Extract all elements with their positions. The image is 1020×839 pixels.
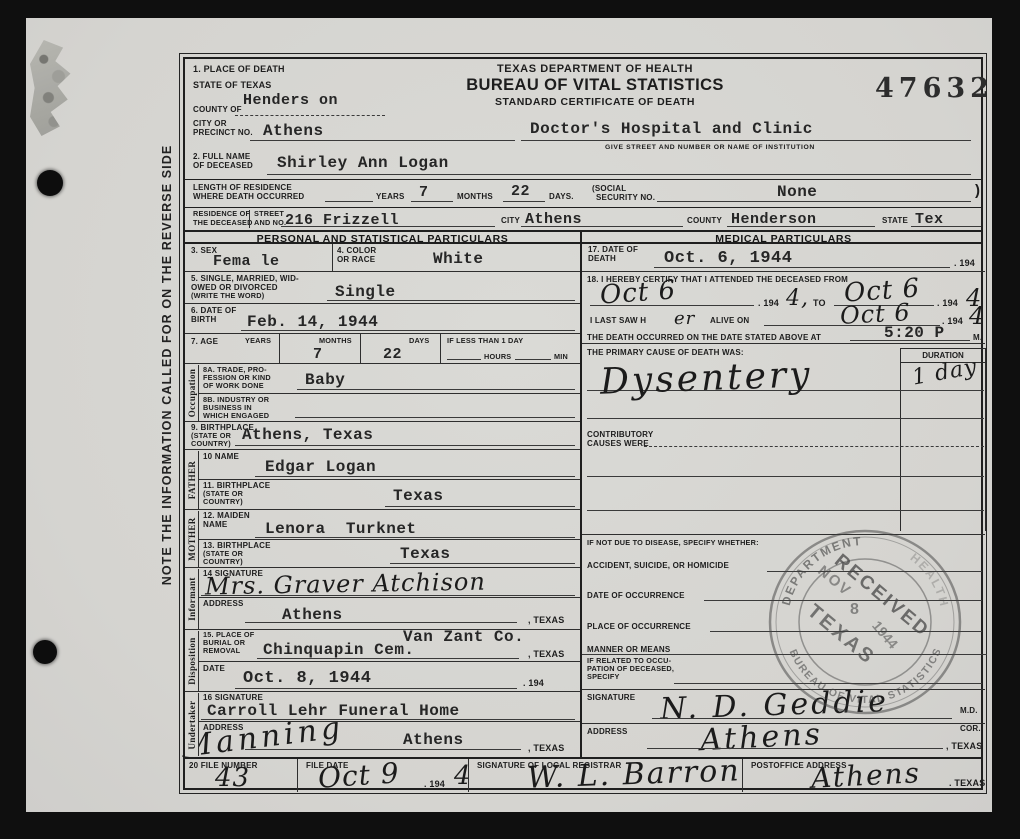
last-saw-post: ALIVE ON	[710, 316, 749, 326]
res-county-label: COUNTY	[687, 216, 722, 226]
birth-label-bottom: BIRTH	[191, 315, 216, 325]
institution-hint: GIVE STREET AND NUMBER OR NAME OF INSTIT…	[605, 144, 815, 152]
disposition-side-cell: Disposition	[185, 631, 199, 691]
burial-date-year: . 194	[523, 678, 544, 689]
received-stamp: DEPARTMENT HEALTH BUREAU OF VITAL STATIS…	[763, 524, 967, 720]
informant-side-label: Informant	[187, 577, 197, 621]
line	[411, 201, 453, 202]
occupation-side-cell: Occupation	[185, 365, 199, 421]
informant-signature-row: 14 SIGNATURE Mrs. Graver Atchison	[185, 568, 580, 598]
mother-side-cell: MOTHER	[185, 511, 199, 567]
age-days-value: 22	[383, 346, 402, 363]
stamp-graphic: DEPARTMENT HEALTH BUREAU OF VITAL STATIS…	[763, 524, 967, 720]
length-label-bottom: WHERE DEATH OCCURRED	[193, 192, 304, 202]
mother-bp-value: Texas	[400, 545, 451, 563]
birthplace-label-3: COUNTRY)	[191, 440, 231, 449]
line	[325, 201, 373, 202]
age-years-label: YEARS	[245, 337, 271, 346]
fullname-label-bottom: OF DECEASED	[193, 161, 253, 171]
maiden-name-row: 12. MAIDEN NAME Lenora Turknet	[185, 510, 580, 540]
birthplace-row: 9. BIRTHPLACE (STATE OR COUNTRY) Athens,…	[185, 422, 580, 450]
death-date-label-bottom: DEATH	[588, 254, 616, 264]
ssn-label-bottom: SECURITY NO.	[596, 193, 655, 203]
age-days-label: DAYS	[409, 337, 429, 346]
margin-note: NOTE THE INFORMATION CALLED FOR ON THE R…	[160, 145, 174, 586]
sex-value: Fema le	[213, 253, 280, 270]
line	[515, 359, 551, 360]
mother-bp-label-3: COUNTRY)	[203, 558, 243, 567]
age-label: 7. AGE	[191, 337, 218, 347]
file-number-value: 43	[215, 763, 250, 793]
color-label-bottom: OR RACE	[337, 255, 375, 265]
marital-value: Single	[335, 283, 396, 301]
informant-address-row: ADDRESS Athens , TEXAS	[185, 598, 580, 630]
section-band: PERSONAL AND STATISTICAL PARTICULARS MED…	[185, 230, 981, 244]
line	[245, 622, 517, 623]
ssn-value: None	[777, 183, 817, 201]
color-value: White	[433, 250, 484, 268]
physician-sig-label: SIGNATURE	[587, 693, 635, 703]
res-state-label: STATE	[882, 216, 908, 226]
line	[295, 417, 575, 418]
registrar-cell: SIGNATURE OF LOCAL REGISTRAR W. L. Barro…	[468, 759, 742, 792]
line	[257, 658, 519, 659]
dept-title: TEXAS DEPARTMENT OF HEALTH	[415, 63, 775, 76]
medical-section-title: MEDICAL PARTICULARS	[580, 232, 985, 242]
mother-birthplace-row: 13. BIRTHPLACE (STATE OR COUNTRY) Texas	[185, 540, 580, 568]
line	[503, 201, 545, 202]
place-occurrence-label: PLACE OF OCCURRENCE	[587, 622, 691, 632]
postoffice-suffix: . TEXAS	[949, 778, 985, 789]
line	[241, 330, 575, 331]
primary-cause-value: Dysentery	[599, 354, 813, 402]
divider	[360, 334, 361, 363]
related-label-3: SPECIFY	[587, 673, 620, 682]
certify-to-year: . 194	[937, 298, 958, 309]
registrar-signature: W. L. Barron	[526, 753, 741, 795]
line	[201, 595, 575, 596]
line	[235, 445, 575, 446]
hole-punch-bottom	[33, 640, 57, 664]
burial-value: Chinquapin Cem.	[263, 641, 415, 659]
age-months-label: MONTHS	[319, 337, 352, 346]
marital-row: 5. SINGLE, MARRIED, WID- OWED OR DIVORCE…	[185, 272, 580, 304]
primary-cause-label: THE PRIMARY CAUSE OF DEATH WAS:	[587, 348, 744, 358]
if-not-due-label: IF NOT DUE TO DISEASE, SPECIFY WHETHER:	[587, 539, 759, 548]
months-value: 22	[511, 183, 530, 200]
accident-label: ACCIDENT, SUICIDE, OR HOMICIDE	[587, 561, 729, 571]
age-min-label: MIN	[554, 353, 568, 362]
certify-from-year-hw: 4,	[786, 286, 809, 311]
maiden-label-bottom: NAME	[203, 520, 227, 530]
marital-label-3: (WRITE THE WORD)	[191, 292, 264, 301]
undertaker-signature-row: 16 SIGNATURE Carroll Lehr Funeral Home	[185, 692, 580, 722]
burial-date-label: DATE	[203, 664, 225, 674]
informant-addr-suffix: , TEXAS	[528, 615, 564, 626]
age-less-label: IF LESS THAN 1 DAY	[447, 337, 523, 346]
city-label-bottom: PRECINCT NO.	[193, 128, 253, 138]
undertaker-side-label: Undertaker	[187, 700, 197, 749]
age-row: 7. AGE YEARS MONTHS 7 DAYS 22 IF LESS TH…	[185, 334, 580, 364]
last-saw-pronoun: er	[674, 308, 695, 329]
residence-label-bottom: THE DECEASED	[193, 219, 253, 228]
line	[911, 226, 981, 227]
registrar-row: 20 FILE NUMBER 43 FILE DATE Oct 9 . 194 …	[185, 757, 981, 792]
line	[390, 563, 575, 564]
physician-address: Athens	[699, 717, 824, 758]
birth-date-row: 6. DATE OF BIRTH Feb. 14, 1944	[185, 304, 580, 334]
personal-column: 3. SEX Fema le 4. COLOR OR RACE White 5.…	[185, 244, 580, 757]
certificate-number: 47632	[875, 73, 994, 104]
burial-date-row: DATE Oct. 8, 1944 . 194	[185, 662, 580, 692]
cause-block: THE PRIMARY CAUSE OF DEATH WAS: DURATION…	[582, 344, 985, 535]
undertaker-addr-value: Athens	[403, 731, 464, 749]
death-at-m: M.	[973, 333, 982, 343]
line	[447, 359, 481, 360]
line	[850, 340, 970, 341]
scan-canvas: NOTE THE INFORMATION CALLED FOR ON THE R…	[0, 0, 1020, 839]
sex-race-row: 3. SEX Fema le 4. COLOR OR RACE White	[185, 244, 580, 272]
file-date-year: . 194	[424, 779, 445, 790]
trade-label-3: OF WORK DONE	[203, 382, 264, 391]
institution-value: Doctor's Hospital and Clinic	[530, 120, 813, 138]
personal-section-title: PERSONAL AND STATISTICAL PARTICULARS	[185, 232, 580, 242]
line	[587, 418, 984, 419]
stamp-day-text: 8	[850, 601, 859, 618]
fullname-line	[267, 174, 971, 175]
burial-value2: Van Zant Co.	[403, 628, 524, 646]
age-months-value: 7	[313, 346, 323, 363]
county-value: Henders on	[243, 92, 338, 109]
physician-addr-label: ADDRESS	[587, 727, 628, 737]
file-date-value: Oct 9	[317, 756, 401, 795]
place-of-death-label: 1. PLACE OF DEATH	[193, 64, 285, 75]
industry-row: 8B. INDUSTRY OR BUSINESS IN WHICH ENGAGE…	[185, 394, 580, 422]
father-side-cell: FATHER	[185, 451, 199, 509]
death-at-label: THE DEATH OCCURRED ON THE DATE STATED AB…	[587, 333, 821, 343]
last-saw-year: . 194	[942, 316, 963, 327]
res-city-label: CITY	[501, 216, 520, 226]
birth-value: Feb. 14, 1944	[247, 313, 378, 331]
header-titles: TEXAS DEPARTMENT OF HEALTH BUREAU OF VIT…	[415, 63, 775, 109]
hole-punch-top	[37, 170, 63, 196]
postoffice-value: Athens	[810, 756, 922, 795]
line	[255, 537, 575, 538]
divider	[249, 210, 250, 228]
burial-label-3: REMOVAL	[203, 647, 240, 656]
city-line	[250, 140, 515, 141]
burial-date-value: Oct. 8, 1944	[243, 669, 371, 688]
cor-label: COR.	[960, 724, 981, 734]
county-label: COUNTY OF	[193, 105, 242, 115]
months-label: MONTHS	[457, 192, 493, 202]
father-side-label: FATHER	[187, 461, 197, 500]
institution-line	[521, 140, 971, 141]
last-saw-pre: I LAST SAW H	[590, 316, 646, 326]
county-line	[235, 115, 385, 116]
fullname-value: Shirley Ann Logan	[277, 154, 449, 172]
file-date-cell: FILE DATE Oct 9 . 194 4	[297, 759, 468, 792]
contributory-label-bottom: CAUSES WERE	[587, 439, 649, 449]
line	[590, 305, 754, 306]
line	[521, 226, 683, 227]
divider	[279, 334, 280, 363]
certify-block: 18. I HEREBY CERTIFY THAT I ATTENDED THE…	[582, 272, 985, 344]
paper-tear-artifact	[30, 40, 76, 136]
physician-addr-suffix: , TEXAS	[946, 741, 982, 752]
birthplace-value: Athens, Texas	[242, 426, 373, 444]
disposition-side-label: Disposition	[187, 637, 197, 684]
physician-address-row: ADDRESS COR. Athens , TEXAS	[582, 724, 985, 757]
length-of-residence-row: LENGTH OF RESIDENCE WHERE DEATH OCCURRED…	[185, 179, 981, 207]
father-name-label: 10 NAME	[203, 452, 239, 462]
industry-label-3: WHICH ENGAGED	[203, 412, 269, 421]
line	[587, 476, 984, 477]
death-date-row: 17. DATE OF DEATH Oct. 6, 1944 . 194	[582, 244, 985, 272]
years-value: 7	[419, 184, 429, 201]
line	[727, 226, 875, 227]
death-date-value: Oct. 6, 1944	[664, 249, 792, 268]
bureau-title: BUREAU OF VITAL STATISTICS	[415, 76, 775, 96]
father-bp-label-3: COUNTRY)	[203, 498, 243, 507]
father-name-value: Edgar Logan	[265, 458, 376, 476]
line	[644, 446, 984, 447]
trade-row: 8A. TRADE, PRO- FESSION OR KIND OF WORK …	[185, 364, 580, 394]
informant-side-cell: Informant	[185, 569, 199, 629]
maiden-value: Lenora Turknet	[265, 520, 417, 538]
age-hours-label: HOURS	[484, 353, 511, 362]
line	[327, 300, 575, 301]
divider	[332, 244, 333, 271]
father-birthplace-row: 11. BIRTHPLACE (STATE OR COUNTRY) Texas	[185, 480, 580, 510]
burial-row: 15. PLACE OF BURIAL OR REMOVAL Chinquapi…	[185, 630, 580, 662]
residence-row: RESIDENCE OF THE DECEASED STREET AND NO.…	[185, 207, 981, 230]
trade-value: Baby	[305, 371, 345, 389]
line	[647, 748, 943, 749]
line	[654, 267, 950, 268]
line	[385, 506, 575, 507]
certificate-title: STANDARD CERTIFICATE OF DEATH	[415, 96, 775, 109]
mother-side-label: MOTHER	[187, 517, 197, 560]
line	[587, 510, 984, 511]
death-date-year: . 194	[954, 258, 975, 269]
postoffice-cell: POSTOFFICE ADDRESS Athens . TEXAS	[742, 759, 981, 792]
state-label: STATE OF TEXAS	[193, 80, 271, 91]
line	[255, 476, 575, 477]
line	[235, 688, 517, 689]
line	[657, 201, 971, 202]
line	[297, 389, 575, 390]
undertaker-addr-suffix: , TEXAS	[528, 743, 564, 754]
line	[281, 226, 495, 227]
undertaker-side-cell: Undertaker	[185, 693, 199, 756]
years-label: YEARS	[376, 192, 405, 202]
paren-close: )	[975, 182, 980, 200]
undertaker-address-row: ADDRESS Manning Athens , TEXAS	[185, 722, 580, 757]
certify-to-label: TO	[813, 298, 826, 309]
city-value: Athens	[263, 122, 324, 140]
occupation-side-label: Occupation	[187, 369, 197, 418]
burial-suffix: , TEXAS	[528, 649, 564, 660]
stamp-texas-text: TEXAS	[803, 600, 880, 669]
father-bp-value: Texas	[393, 487, 444, 505]
days-label: DAYS.	[549, 192, 574, 202]
file-number-cell: 20 FILE NUMBER 43	[185, 759, 297, 792]
divider	[440, 334, 441, 363]
father-name-row: 10 NAME Edgar Logan	[185, 450, 580, 480]
date-occurrence-label: DATE OF OCCURRENCE	[587, 591, 685, 601]
last-saw-year-hw: 4	[969, 302, 985, 330]
certify-from-year: . 194	[758, 298, 779, 309]
line	[245, 749, 521, 750]
informant-addr-label: ADDRESS	[203, 599, 244, 609]
